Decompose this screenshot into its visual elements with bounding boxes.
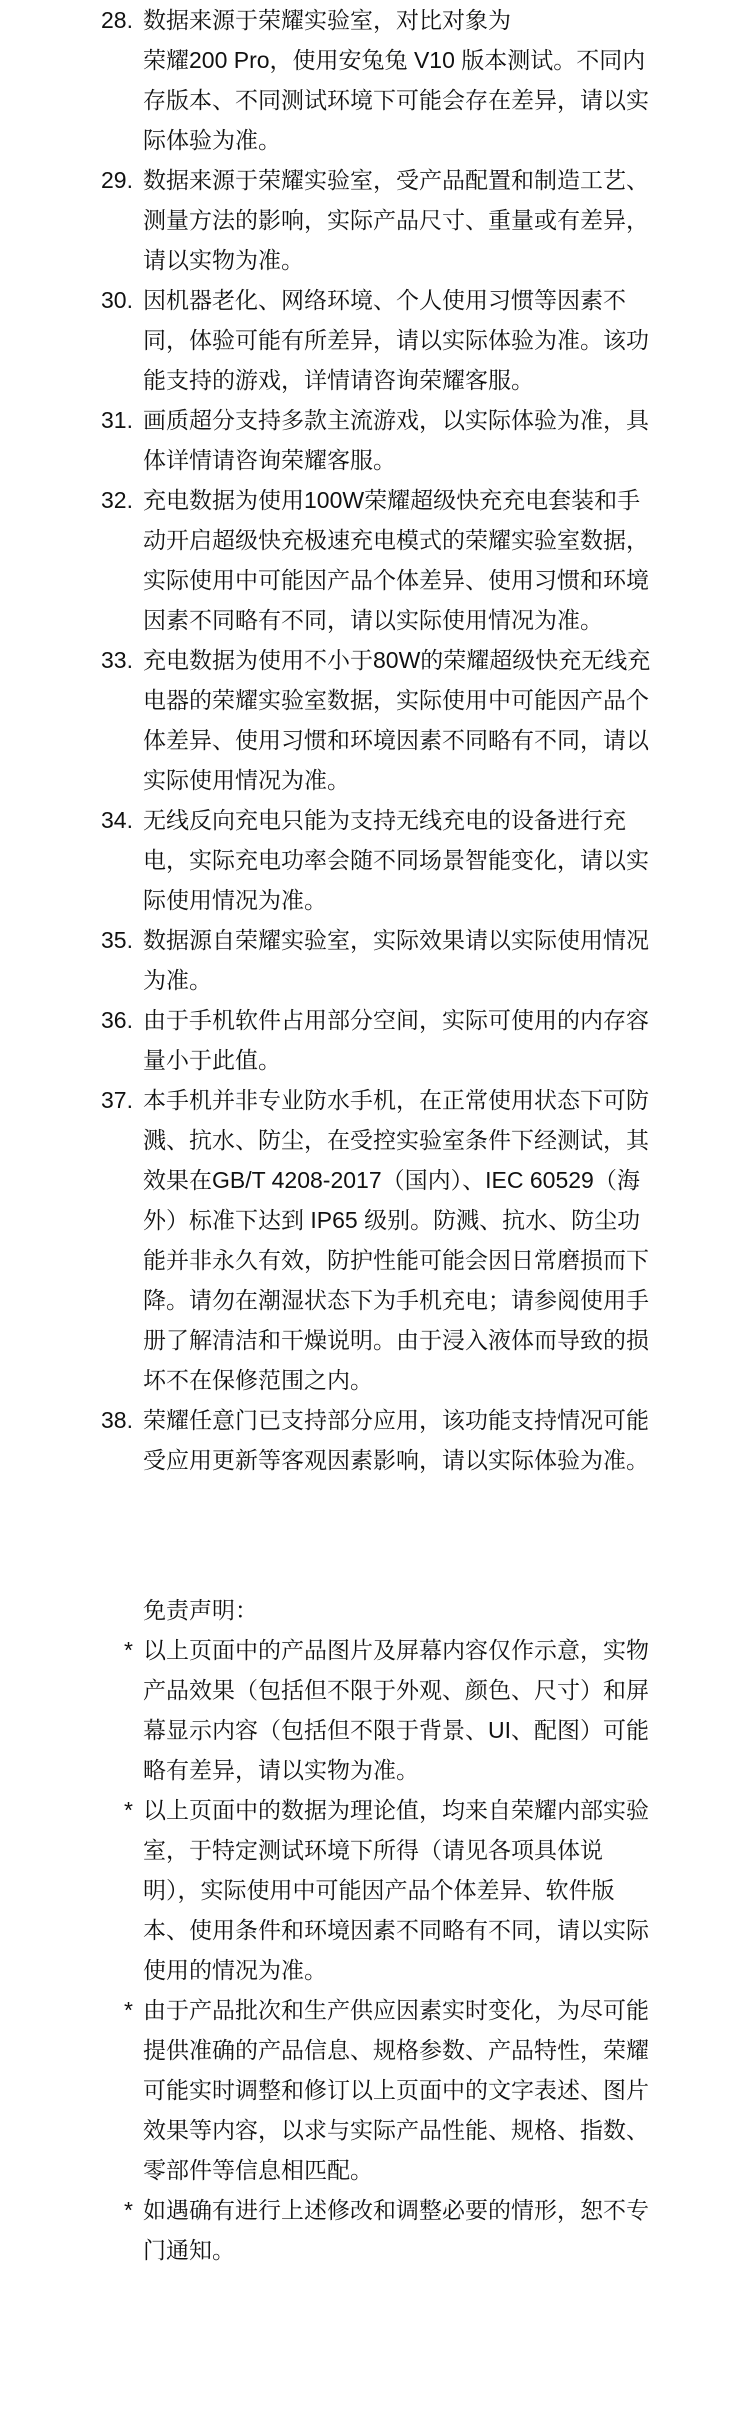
footnote-number: 30. bbox=[95, 280, 133, 320]
footnote-item: 29. 数据来源于荣耀实验室，受产品配置和制造工艺、测量方法的影响，实际产品尺寸… bbox=[95, 160, 658, 280]
footnote-text: 数据来源于荣耀实验室，受产品配置和制造工艺、测量方法的影响，实际产品尺寸、重量或… bbox=[143, 160, 658, 280]
footnote-text: 因机器老化、网络环境、个人使用习惯等因素不同，体验可能有所差异，请以实际体验为准… bbox=[143, 280, 658, 400]
bullet-marker: * bbox=[95, 2190, 133, 2230]
footnote-item: 28. 数据来源于荣耀实验室，对比对象为 荣耀200 Pro，使用安兔兔 V10… bbox=[95, 0, 658, 160]
footnote-item: 31. 画质超分支持多款主流游戏，以实际体验为准，具体详情请咨询荣耀客服。 bbox=[95, 400, 658, 480]
footnote-item: 34. 无线反向充电只能为支持无线充电的设备进行充电，实际充电功率会随不同场景智… bbox=[95, 800, 658, 920]
bullet-text: 以上页面中的数据为理论值，均来自荣耀内部实验室，于特定测试环境下所得（请见各项具… bbox=[143, 1790, 658, 1990]
bullet-text: 由于产品批次和生产供应因素实时变化，为尽可能提供准确的产品信息、规格参数、产品特… bbox=[143, 1990, 658, 2190]
footnote-number: 37. bbox=[95, 1080, 133, 1120]
footnote-text: 荣耀任意门已支持部分应用，该功能支持情况可能受应用更新等客观因素影响，请以实际体… bbox=[143, 1400, 658, 1480]
bullet-marker: * bbox=[95, 1790, 133, 1830]
footnote-number: 32. bbox=[95, 480, 133, 520]
footnote-number: 35. bbox=[95, 920, 133, 960]
footnote-text: 由于手机软件占用部分空间，实际可使用的内存容量小于此值。 bbox=[143, 1000, 658, 1080]
footnote-text: 数据源自荣耀实验室，实际效果请以实际使用情况为准。 bbox=[143, 920, 658, 1000]
footnote-number: 31. bbox=[95, 400, 133, 440]
footnote-text: 充电数据为使用不小于80W的荣耀超级快充无线充电器的荣耀实验室数据，实际使用中可… bbox=[143, 640, 658, 800]
disclaimer-bullet: * 由于产品批次和生产供应因素实时变化，为尽可能提供准确的产品信息、规格参数、产… bbox=[95, 1990, 658, 2190]
footnote-number: 33. bbox=[95, 640, 133, 680]
bullet-text: 以上页面中的产品图片及屏幕内容仅作示意，实物产品效果（包括但不限于外观、颜色、尺… bbox=[143, 1630, 658, 1790]
disclaimer-heading: 免责声明： bbox=[143, 1590, 658, 1630]
footnote-item: 38. 荣耀任意门已支持部分应用，该功能支持情况可能受应用更新等客观因素影响，请… bbox=[95, 1400, 658, 1480]
footnote-text: 数据来源于荣耀实验室，对比对象为 荣耀200 Pro，使用安兔兔 V10 版本测… bbox=[143, 0, 658, 160]
disclaimer-bullet: * 以上页面中的产品图片及屏幕内容仅作示意，实物产品效果（包括但不限于外观、颜色… bbox=[95, 1630, 658, 1790]
footnote-number: 28. bbox=[95, 0, 133, 40]
footnotes-page: 28. 数据来源于荣耀实验室，对比对象为 荣耀200 Pro，使用安兔兔 V10… bbox=[0, 0, 750, 2415]
footnote-item: 35. 数据源自荣耀实验室，实际效果请以实际使用情况为准。 bbox=[95, 920, 658, 1000]
bullet-marker: * bbox=[95, 1630, 133, 1670]
bullet-text: 如遇确有进行上述修改和调整必要的情形，恕不专门通知。 bbox=[143, 2190, 658, 2270]
footnote-item: 33. 充电数据为使用不小于80W的荣耀超级快充无线充电器的荣耀实验室数据，实际… bbox=[95, 640, 658, 800]
footnote-text: 画质超分支持多款主流游戏，以实际体验为准，具体详情请咨询荣耀客服。 bbox=[143, 400, 658, 480]
footnote-item: 30. 因机器老化、网络环境、个人使用习惯等因素不同，体验可能有所差异，请以实际… bbox=[95, 280, 658, 400]
footnote-item: 32. 充电数据为使用100W荣耀超级快充充电套装和手动开启超级快充极速充电模式… bbox=[95, 480, 658, 640]
footnote-list: 28. 数据来源于荣耀实验室，对比对象为 荣耀200 Pro，使用安兔兔 V10… bbox=[95, 0, 658, 1480]
footnote-text: 本手机并非专业防水手机，在正常使用状态下可防溅、抗水、防尘，在受控实验室条件下经… bbox=[143, 1080, 658, 1400]
footnote-number: 36. bbox=[95, 1000, 133, 1040]
disclaimer-bullet: * 以上页面中的数据为理论值，均来自荣耀内部实验室，于特定测试环境下所得（请见各… bbox=[95, 1790, 658, 1990]
footnote-item: 37. 本手机并非专业防水手机，在正常使用状态下可防溅、抗水、防尘，在受控实验室… bbox=[95, 1080, 658, 1400]
footnote-item: 36. 由于手机软件占用部分空间，实际可使用的内存容量小于此值。 bbox=[95, 1000, 658, 1080]
footnote-number: 34. bbox=[95, 800, 133, 840]
bullet-marker: * bbox=[95, 1990, 133, 2030]
footnote-text: 无线反向充电只能为支持无线充电的设备进行充电，实际充电功率会随不同场景智能变化，… bbox=[143, 800, 658, 920]
footnote-text: 充电数据为使用100W荣耀超级快充充电套装和手动开启超级快充极速充电模式的荣耀实… bbox=[143, 480, 658, 640]
footnote-number: 29. bbox=[95, 160, 133, 200]
disclaimer-bullet: * 如遇确有进行上述修改和调整必要的情形，恕不专门通知。 bbox=[95, 2190, 658, 2270]
disclaimer-section: 免责声明： * 以上页面中的产品图片及屏幕内容仅作示意，实物产品效果（包括但不限… bbox=[95, 1590, 658, 2270]
footnote-number: 38. bbox=[95, 1400, 133, 1440]
